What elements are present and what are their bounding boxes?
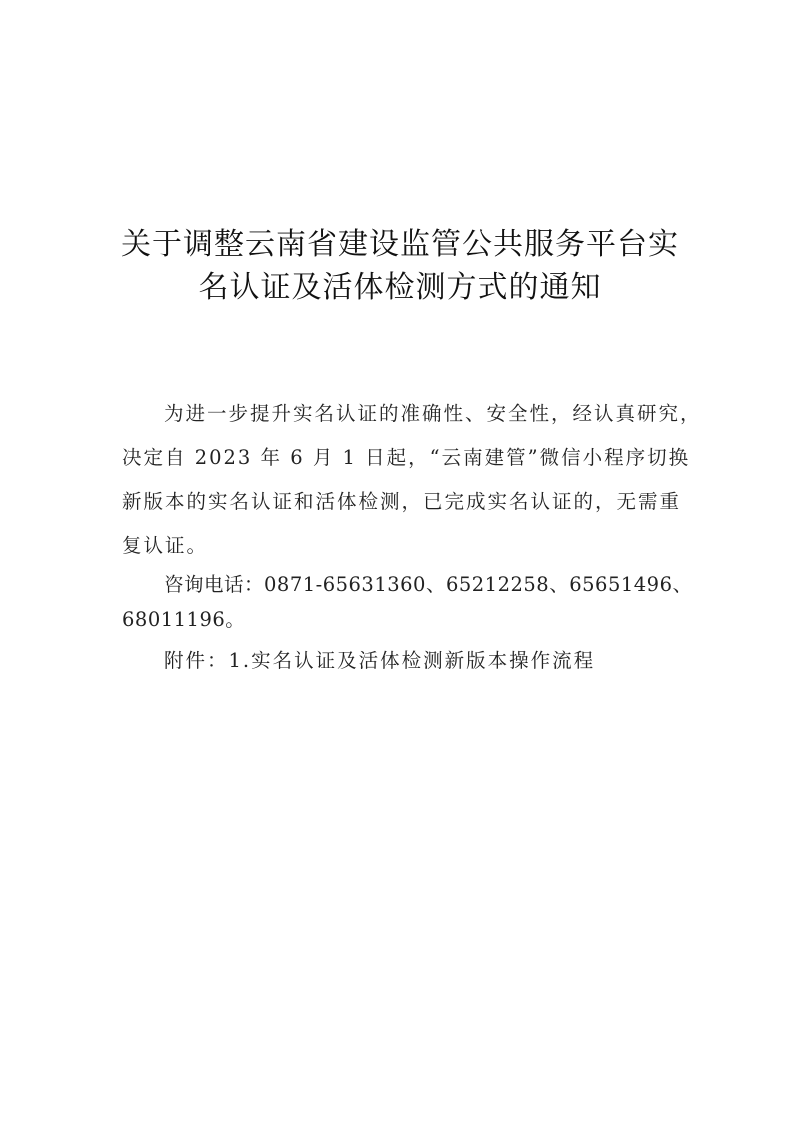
paragraph-line: 新版本的实名认证和活体检测，已完成实名认证的，无需重 <box>122 486 682 514</box>
document-title-line-1: 关于调整云南省建设监管公共服务平台实 <box>0 225 800 265</box>
document-title-line-2: 名认证及活体检测方式的通知 <box>0 268 800 308</box>
attachment-line: 附件：1.实名认证及活体检测新版本操作流程 <box>164 645 724 673</box>
paragraph-line: 咨询电话：0871-65631360、65212258、65651496、 <box>164 569 724 597</box>
paragraph-line: 68011196。 <box>122 604 682 632</box>
paragraph-line: 复认证。 <box>122 530 682 558</box>
paragraph-line: 为进一步提升实名认证的准确性、安全性，经认真研究， <box>164 398 724 426</box>
paragraph-line: 决定自 2023 年 6 月 1 日起，“云南建管”微信小程序切换 <box>122 442 682 470</box>
